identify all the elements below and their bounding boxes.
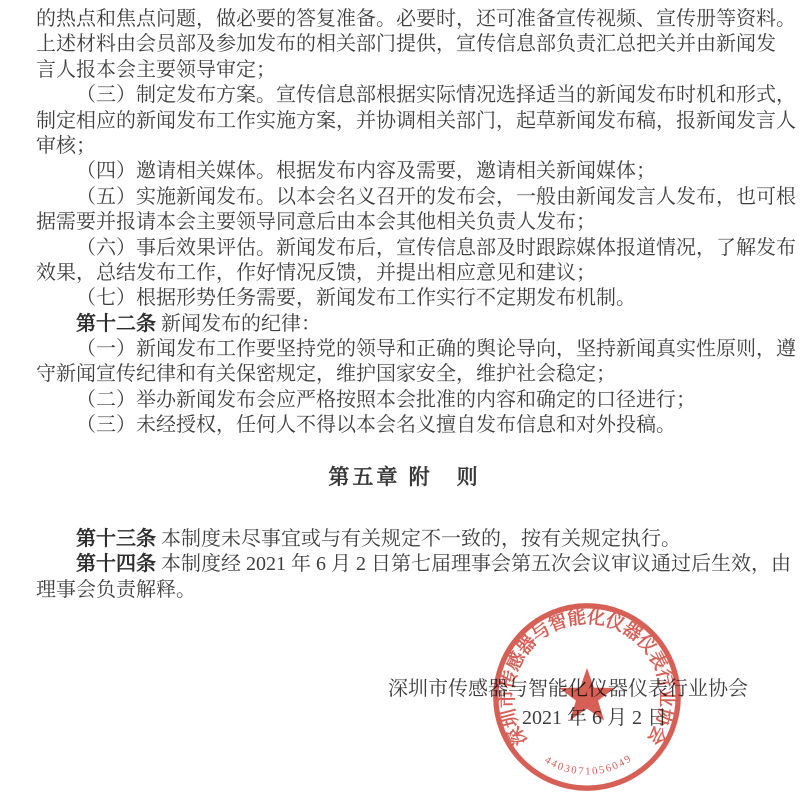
body-line: （一）新闻发布工作要坚持党的领导和正确的舆论导向，坚持新闻真实性原则，遵 <box>36 337 773 362</box>
body-line: （三）制定发布方案。宣传信息部根据实际情况选择适当的新闻发布时机和形式， <box>36 83 773 108</box>
body-line: （四）邀请相关媒体。根据发布内容及需要，邀请相关新闻媒体； <box>36 159 773 184</box>
body-line: 守新闻宣传纪律和有关保密规定，维护国家安全，维护社会稳定； <box>36 362 773 387</box>
body-line: 审核； <box>36 134 773 159</box>
body-line: （五）实施新闻发布。以本会名义召开的发布会，一般由新闻发言人发布，也可根 <box>36 185 773 210</box>
body-line: 上述材料由会员部及参加发布的相关部门提供，宣传信息部负责汇总把关并由新闻发 <box>36 32 773 57</box>
svg-text:4403071056049: 4403071056049 <box>542 752 634 778</box>
body-line: 制定相应的新闻发布工作实施方案，并协调相关部门，起草新闻发布稿，报新闻发言人 <box>36 109 773 134</box>
chapter-heading: 第五章 附 则 <box>36 465 773 490</box>
document-page: 的热点和焦点问题，做必要的答复准备。必要时，还可准备宣传视频、宣传册等资料。 上… <box>0 0 800 804</box>
body-line-article-12: 第十二条 新闻发布的纪律： <box>36 312 773 337</box>
body-line: （六）事后效果评估。新闻发布后，宣传信息部及时跟踪媒体报道情况，了解发布 <box>36 236 773 261</box>
body-line: 言人报本会主要领导审定； <box>36 58 773 83</box>
body-line: 据需要并报请本会主要领导同意后由本会其他相关负责人发布； <box>36 210 773 235</box>
star-icon <box>559 668 614 721</box>
body-line: （三）未经授权，任何人不得以本会名义擅自发布信息和对外投稿。 <box>36 413 773 438</box>
body-line: （七）根据形势任务需要，新闻发布工作实行不定期发布机制。 <box>36 286 773 311</box>
body-line-article-14: 第十四条 本制度经 2021 年 6 月 2 日第七届理事会第五次会议审议通过后… <box>36 552 773 577</box>
body-line-article-13: 第十三条 本制度未尽事宜或与有关规定不一致的，按有关规定执行。 <box>36 527 773 552</box>
official-seal: 深圳市传感器与智能化仪器仪表行业协会 4403071056049 <box>490 600 684 794</box>
body-line: 效果，总结发布工作，作好情况反馈，并提出相应意见和建议； <box>36 261 773 286</box>
body-line: （二）举办新闻发布会应严格按照本会批准的内容和确定的口径进行； <box>36 388 773 413</box>
seal-number: 4403071056049 <box>542 752 634 778</box>
body-line: 的热点和焦点问题，做必要的答复准备。必要时，还可准备宣传视频、宣传册等资料。 <box>36 7 773 32</box>
